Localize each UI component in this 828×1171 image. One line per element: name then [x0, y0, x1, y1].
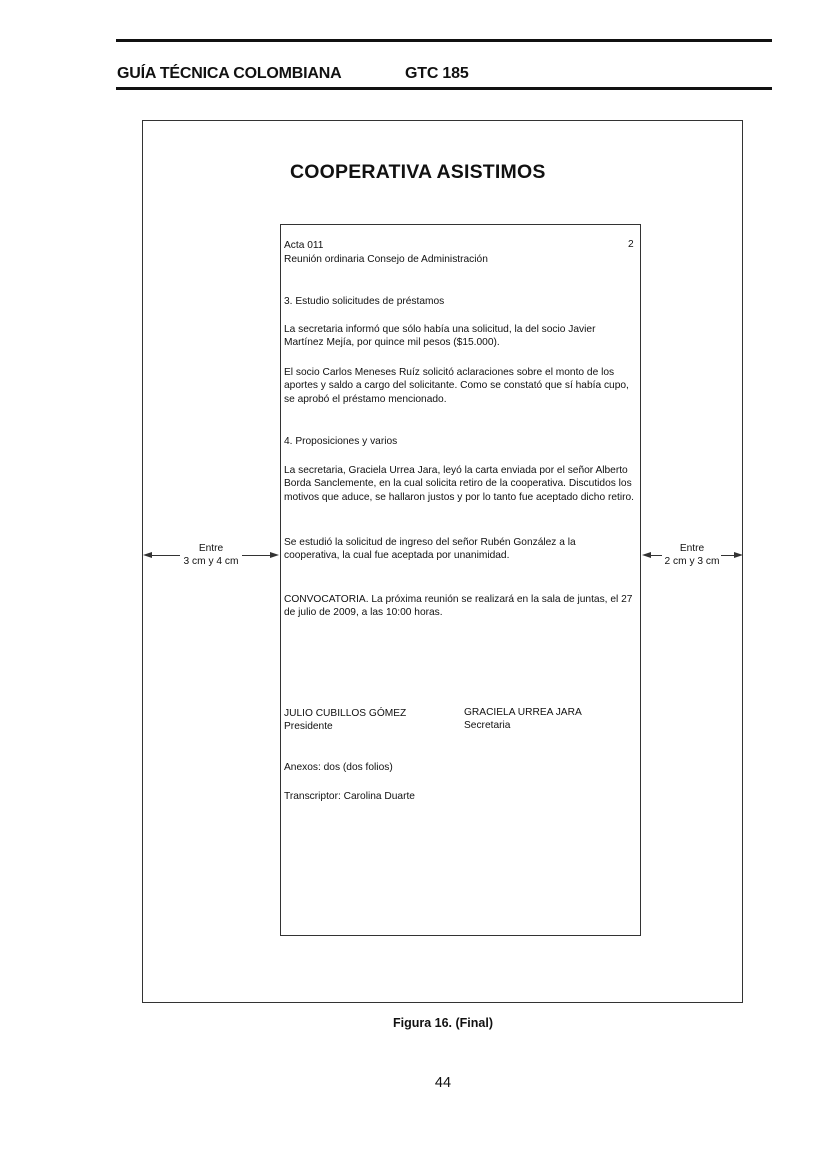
left-margin-label: Entre 3 cm y 4 cm	[176, 543, 246, 568]
meeting-type: Reunión ordinaria Consejo de Administrac…	[284, 253, 636, 266]
transcriptor: Transcriptor: Carolina Duarte	[284, 790, 636, 803]
figure-caption: Figura 16. (Final)	[0, 1016, 828, 1030]
section-heading: 3. Estudio solicitudes de préstamos	[284, 295, 636, 308]
header-code: GTC 185	[405, 65, 469, 83]
signature-name: GRACIELA URREA JARA	[464, 706, 582, 719]
signature-role: Secretaria	[464, 719, 510, 732]
arrow-right-icon	[270, 552, 279, 558]
arrow-right-icon	[734, 552, 743, 558]
dimension-line	[242, 555, 272, 556]
acta-number: Acta 011	[284, 239, 636, 252]
document-page-number: 2	[628, 239, 634, 250]
header-title: GUÍA TÉCNICA COLOMBIANA	[117, 65, 341, 83]
header-bottom-rule	[116, 87, 772, 90]
convocatoria: CONVOCATORIA. La próxima reunión se real…	[284, 593, 636, 620]
organization-title: COOPERATIVA ASISTIMOS	[290, 161, 546, 184]
signature-role: Presidente	[284, 720, 636, 733]
section-paragraph: La secretaria informó que sólo había una…	[284, 323, 636, 350]
section-paragraph: Se estudió la solicitud de ingreso del s…	[284, 536, 604, 563]
section-paragraph: La secretaria, Graciela Urrea Jara, leyó…	[284, 464, 636, 504]
anexos: Anexos: dos (dos folios)	[284, 761, 636, 774]
header-top-rule	[116, 39, 772, 42]
right-margin-label: Entre 2 cm y 3 cm	[660, 543, 724, 568]
section-heading: 4. Proposiciones y varios	[284, 435, 636, 448]
page-number: 44	[0, 1075, 828, 1091]
section-paragraph: El socio Carlos Meneses Ruíz solicitó ac…	[284, 366, 636, 406]
signature-name: JULIO CUBILLOS GÓMEZ	[284, 707, 636, 720]
